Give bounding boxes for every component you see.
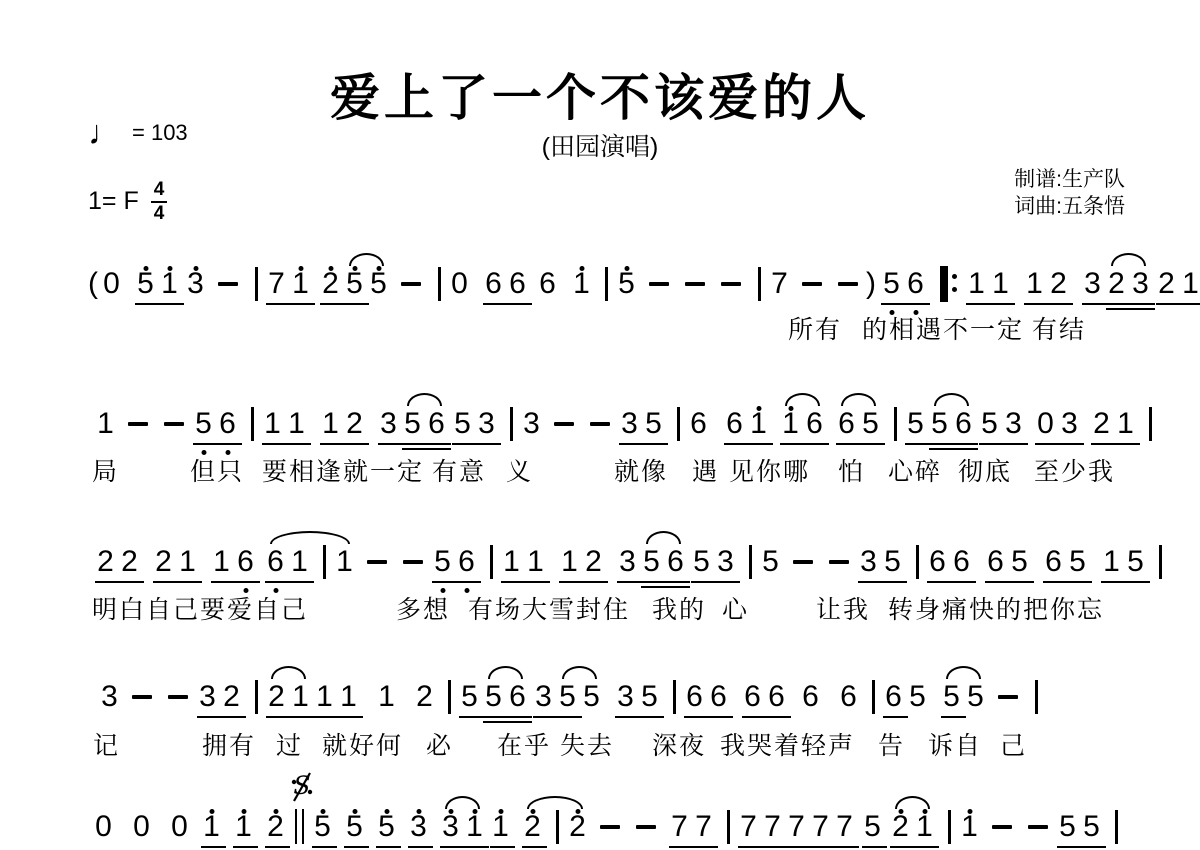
- octave-dot-above: [788, 406, 793, 411]
- note: 2: [120, 544, 139, 580]
- lyric-segment: 彻底: [958, 452, 1012, 488]
- spacer: [930, 266, 936, 267]
- slur-group: 23: [1107, 266, 1155, 302]
- note: 5: [313, 809, 332, 845]
- duration-underline: [159, 303, 184, 306]
- note: 6: [884, 679, 903, 715]
- duration-underline: [693, 846, 718, 849]
- duration-underline: [525, 581, 550, 584]
- duration-underline: [290, 303, 315, 306]
- note: 5: [906, 406, 925, 442]
- duration-underline: [583, 581, 608, 584]
- duration-dash: [218, 282, 238, 286]
- octave-dot-above: [143, 266, 148, 271]
- note: 1: [1025, 266, 1044, 302]
- duration-underline: [905, 303, 930, 306]
- spacer: [202, 544, 212, 545]
- duration-underline: [456, 581, 481, 584]
- duration-underline: [483, 716, 508, 719]
- duration-underline: [890, 846, 915, 849]
- note: 1: [572, 266, 591, 302]
- duration-underline: [985, 581, 1010, 584]
- repeat-start-sign: [940, 266, 959, 302]
- duration-underline: [979, 443, 1004, 446]
- duration-underline: [235, 581, 260, 584]
- lyric-segment: 有场大雪封住: [468, 590, 630, 626]
- barline: [894, 407, 897, 441]
- duration-underline: [221, 716, 246, 719]
- barline: [749, 545, 752, 579]
- duration-underline: [201, 846, 226, 849]
- spacer: [311, 406, 321, 407]
- duration-underline: [953, 448, 978, 451]
- duration-underline: [265, 581, 290, 584]
- duration-dash: [168, 695, 188, 699]
- note: 2: [345, 406, 364, 442]
- note: 2: [523, 809, 542, 845]
- note: 3: [1060, 406, 1079, 442]
- duration-underline: [408, 846, 433, 849]
- duration-underline: [557, 716, 582, 719]
- duration-dash: [793, 560, 813, 564]
- note: 7: [694, 809, 713, 845]
- note: 7: [787, 809, 806, 845]
- duration-underline: [882, 581, 907, 584]
- note: 5: [966, 679, 985, 715]
- duration-underline: [320, 303, 345, 306]
- note: 6: [767, 679, 786, 715]
- time-signature: 4 4: [151, 180, 168, 224]
- note: 1: [491, 809, 510, 845]
- slur-group: 16: [781, 406, 829, 442]
- note: 5: [642, 544, 661, 580]
- note: 2: [154, 544, 173, 580]
- double-barline: S: [295, 809, 304, 844]
- duration-underline: [211, 581, 236, 584]
- barline: [448, 680, 451, 714]
- octave-dot-above: [273, 809, 278, 814]
- repeat-dot: [952, 274, 957, 279]
- repeat-dots: [948, 266, 959, 302]
- note: 5: [433, 544, 452, 580]
- note: 2: [222, 679, 241, 715]
- duration-underline: [233, 846, 258, 849]
- note: 6: [837, 406, 856, 442]
- music-line: 332211112556355356666666555: [100, 679, 1047, 715]
- duration-dash: [721, 282, 741, 286]
- duration-underline: [619, 443, 644, 446]
- lyric-segment: 怕: [838, 452, 865, 488]
- spacer: [1034, 544, 1044, 545]
- note: 3: [379, 406, 398, 442]
- duration-underline: [929, 443, 954, 446]
- duration-underline: [929, 448, 954, 451]
- duration-underline: [1101, 581, 1126, 584]
- duration-underline: [1081, 846, 1106, 849]
- note: 6: [266, 544, 285, 580]
- note: 3: [616, 679, 635, 715]
- barline: [1115, 810, 1118, 844]
- lyric-segment: 有意: [432, 452, 486, 488]
- duration-underline: [266, 303, 291, 306]
- slur-group: 55: [942, 679, 990, 715]
- octave-dot-above: [352, 809, 357, 814]
- duration-underline: [665, 581, 690, 584]
- lyric-segment: 就好何: [322, 726, 403, 762]
- note: 0: [450, 266, 469, 302]
- octave-dot-above: [898, 809, 903, 814]
- lyric-segment: 至少我: [1034, 452, 1115, 488]
- music-line: 2221166115611123565353566656515: [96, 544, 1171, 580]
- duration-underline: [286, 443, 311, 446]
- duration-dash: [992, 825, 1012, 829]
- octave-dot-above: [530, 809, 535, 814]
- lyric-segment: 转身痛快的把你忘: [888, 590, 1104, 626]
- spacer: [976, 544, 986, 545]
- note: 2: [1157, 266, 1176, 302]
- lyric-segment: 遇: [692, 452, 719, 488]
- note: 3: [441, 809, 460, 845]
- spacer: [226, 809, 234, 810]
- octave-dot-above: [624, 266, 629, 271]
- duration-underline: [1048, 303, 1073, 306]
- duration-underline: [1043, 581, 1068, 584]
- note: 3: [716, 544, 735, 580]
- octave-dot-above: [416, 809, 421, 814]
- duration-underline: [426, 448, 451, 451]
- duration-dash: [554, 422, 574, 426]
- lyric-segment: 诉自: [928, 726, 982, 762]
- barline: [556, 810, 559, 844]
- note: 1: [1116, 406, 1135, 442]
- note: 1: [212, 544, 231, 580]
- svg-text:S: S: [293, 771, 310, 800]
- duration-underline: [786, 846, 811, 849]
- duration-underline: [766, 716, 791, 719]
- note: 6: [986, 544, 1005, 580]
- duration-underline: [708, 716, 733, 719]
- duration-dash: [128, 422, 148, 426]
- note: 1: [96, 406, 115, 442]
- note: 5: [136, 266, 155, 302]
- spacer: [825, 679, 839, 680]
- duration-underline: [432, 581, 457, 584]
- barline: [255, 680, 258, 714]
- slur-group: 56: [642, 544, 690, 580]
- barline: [323, 545, 326, 579]
- duration-dash: [636, 825, 656, 829]
- duration-underline: [193, 443, 218, 446]
- note: 6: [954, 406, 973, 442]
- duration-underline: [1035, 443, 1060, 446]
- slur-group: 21: [267, 679, 315, 715]
- note: 3: [534, 679, 553, 715]
- note: 2: [891, 809, 910, 845]
- lyric-segment: 所有: [788, 310, 842, 346]
- note: 6: [743, 679, 762, 715]
- spacer: [126, 266, 136, 267]
- note: 1: [263, 406, 282, 442]
- note: 1: [502, 544, 521, 580]
- duration-underline: [344, 443, 369, 446]
- duration-underline: [312, 846, 337, 849]
- lyric-segment: 有结: [1032, 310, 1086, 346]
- duration-underline: [95, 581, 120, 584]
- duration-underline: [883, 716, 908, 719]
- spacer: [369, 406, 379, 407]
- duration-underline: [376, 846, 401, 849]
- duration-underline: [615, 716, 640, 719]
- lyric-segment: 深夜: [652, 726, 706, 762]
- octave-dot-above: [209, 809, 214, 814]
- slur-group: 56: [403, 406, 451, 442]
- spacer: [1084, 406, 1092, 407]
- notation-text: ): [866, 266, 876, 302]
- duration-underline: [402, 443, 427, 446]
- slur-group: 611: [266, 544, 359, 580]
- duration-underline: [217, 443, 242, 446]
- note: 1: [287, 406, 306, 442]
- note: 2: [584, 544, 603, 580]
- duration-underline: [639, 716, 664, 719]
- slur-group: 21: [891, 809, 939, 845]
- sheet: 爱上了一个不该爱的人 (田园演唱) ♩ = 103 1= F 4 4 制谱:生产…: [0, 0, 1200, 850]
- key-signature: 1= F 4 4: [88, 180, 167, 224]
- lyric-segment: 告: [878, 726, 905, 762]
- octave-dot-above: [922, 809, 927, 814]
- duration-underline: [533, 716, 558, 719]
- barline: [916, 545, 919, 579]
- time-signature-bottom: 4: [151, 203, 168, 224]
- note: 5: [582, 679, 601, 715]
- duration-underline: [476, 443, 501, 446]
- barline: [727, 810, 730, 844]
- duration-dash: [998, 695, 1018, 699]
- lyric-segment: 拥有: [202, 726, 256, 762]
- duration-underline: [914, 846, 939, 849]
- note: 2: [1092, 406, 1111, 442]
- duration-underline: [665, 586, 690, 589]
- lyric-segment: 见你哪: [729, 452, 810, 488]
- duration-underline: [197, 716, 222, 719]
- repeat-dot: [952, 287, 957, 292]
- credits: 制谱:生产队 词曲:五条悟: [1014, 166, 1125, 221]
- duration-underline: [1130, 303, 1155, 306]
- lyric-segment: 的相遇不一定: [862, 310, 1024, 346]
- barline: [948, 810, 951, 844]
- note: 1: [967, 266, 986, 302]
- duration-dash: [132, 695, 152, 699]
- barline: [673, 680, 676, 714]
- duration-underline: [941, 716, 966, 719]
- duration-dash: [600, 825, 620, 829]
- duration-underline: [1130, 308, 1155, 311]
- duration-underline: [762, 846, 787, 849]
- slur-group: 55: [558, 679, 606, 715]
- note: 5: [692, 544, 711, 580]
- credit-arranger: 制谱:生产队: [1014, 166, 1125, 193]
- spacer: [363, 679, 377, 680]
- note: 3: [1083, 266, 1102, 302]
- duration-dash: [829, 560, 849, 564]
- note: 3: [186, 266, 205, 302]
- duration-dash: [367, 560, 387, 564]
- duration-underline: [684, 716, 709, 719]
- duration-underline: [1059, 443, 1084, 446]
- segno-icon: S: [290, 771, 314, 803]
- note: 1: [234, 809, 253, 845]
- note: 2: [568, 809, 587, 845]
- duration-underline: [426, 443, 451, 446]
- note: 1: [291, 266, 310, 302]
- spacer: [118, 809, 132, 810]
- spacer: [1073, 266, 1083, 267]
- note: 5: [908, 679, 927, 715]
- note: 5: [883, 544, 902, 580]
- barline: [677, 407, 680, 441]
- note: 5: [761, 544, 780, 580]
- duration-underline: [858, 581, 883, 584]
- duration-underline: [507, 303, 532, 306]
- spacer: [337, 809, 345, 810]
- duration-underline: [378, 443, 403, 446]
- duration-underline: [966, 303, 991, 306]
- duration-underline: [641, 586, 666, 589]
- duration-underline: [265, 846, 290, 849]
- note: 1: [321, 406, 340, 442]
- tempo-value: = 103: [132, 120, 188, 146]
- duration-dash: [401, 282, 421, 286]
- note: 3: [198, 679, 217, 715]
- note: 6: [666, 544, 685, 580]
- note: 1: [781, 406, 800, 442]
- duration-underline: [266, 716, 291, 719]
- duration-underline: [402, 448, 427, 451]
- note: 3: [522, 406, 541, 442]
- note: 6: [906, 266, 925, 302]
- note: 5: [930, 406, 949, 442]
- spacer: [401, 809, 409, 810]
- note: 5: [861, 406, 880, 442]
- credit-writer: 词曲:五条悟: [1014, 193, 1125, 220]
- note: 6: [484, 266, 503, 302]
- duration-dash: [590, 422, 610, 426]
- lyric-segment: 我哭着轻声: [720, 726, 855, 762]
- duration-underline: [177, 581, 202, 584]
- duration-underline: [1180, 303, 1200, 306]
- lyric-segment: 记: [93, 726, 120, 762]
- note: 1: [178, 544, 197, 580]
- note: 7: [763, 809, 782, 845]
- note: 1: [315, 679, 334, 715]
- lyric-segment: 我的: [652, 590, 706, 626]
- note: 1: [160, 266, 179, 302]
- octave-dot-above: [298, 266, 303, 271]
- octave-dot-above: [575, 809, 580, 814]
- note: 1: [560, 544, 579, 580]
- duration-underline: [905, 443, 930, 446]
- duration-underline: [1091, 443, 1116, 446]
- note: 5: [345, 266, 364, 302]
- note: 1: [526, 544, 545, 580]
- duration-underline: [440, 846, 465, 849]
- note: 3: [859, 544, 878, 580]
- duration-underline: [1125, 581, 1150, 584]
- duration-underline: [881, 303, 906, 306]
- duration-underline: [804, 443, 829, 446]
- note: 7: [811, 809, 830, 845]
- spacer: [733, 679, 743, 680]
- spacer: [515, 809, 523, 810]
- note: 5: [403, 406, 422, 442]
- note: 5: [640, 679, 659, 715]
- lyric-segment: 失去: [560, 726, 614, 762]
- barline: [1035, 680, 1038, 714]
- spacer: [1028, 406, 1036, 407]
- note: 1: [465, 809, 484, 845]
- spacer: [1092, 544, 1102, 545]
- slur-group: 56: [930, 406, 978, 442]
- note: 5: [882, 266, 901, 302]
- duration-underline: [522, 846, 547, 849]
- duration-underline: [951, 581, 976, 584]
- duration-dash: [649, 282, 669, 286]
- slur-group: 65: [837, 406, 885, 442]
- spacer: [194, 809, 202, 810]
- octave-dot-above: [376, 266, 381, 271]
- spacer: [550, 544, 560, 545]
- octave-dot-above: [328, 266, 333, 271]
- note: 6: [427, 406, 446, 442]
- note: 6: [457, 544, 476, 580]
- note: 6: [928, 544, 947, 580]
- note: 6: [538, 266, 557, 302]
- quarter-note-icon: ♩: [88, 116, 122, 150]
- spacer: [773, 406, 781, 407]
- note: 6: [508, 266, 527, 302]
- duration-underline: [1067, 581, 1092, 584]
- duration-underline: [290, 716, 315, 719]
- music-line: 000112S5553311227777777521155: [94, 809, 1127, 845]
- duration-underline: [927, 581, 952, 584]
- duration-underline: [724, 443, 749, 446]
- music-line: (0513712550666157)56111232321: [88, 266, 1200, 302]
- duration-dash: [685, 282, 705, 286]
- duration-underline: [119, 581, 144, 584]
- note: 7: [267, 266, 286, 302]
- barline: [1149, 407, 1152, 441]
- note: 5: [460, 679, 479, 715]
- note: 1: [291, 679, 310, 715]
- duration-underline: [507, 721, 532, 724]
- duration-underline: [483, 721, 508, 724]
- duration-underline: [643, 443, 668, 446]
- note: 0: [132, 809, 151, 845]
- note: 6: [952, 544, 971, 580]
- octave-dot-above: [241, 809, 246, 814]
- note: 0: [94, 809, 113, 845]
- duration-underline: [990, 303, 1015, 306]
- octave-dot-above: [448, 809, 453, 814]
- note: 2: [1049, 266, 1068, 302]
- note: 5: [1068, 544, 1087, 580]
- note: 7: [739, 809, 758, 845]
- note: 5: [377, 809, 396, 845]
- note: 1: [1181, 266, 1200, 302]
- duration-underline: [507, 716, 532, 719]
- lyric-segment: 但只: [190, 452, 244, 488]
- note: 5: [558, 679, 577, 715]
